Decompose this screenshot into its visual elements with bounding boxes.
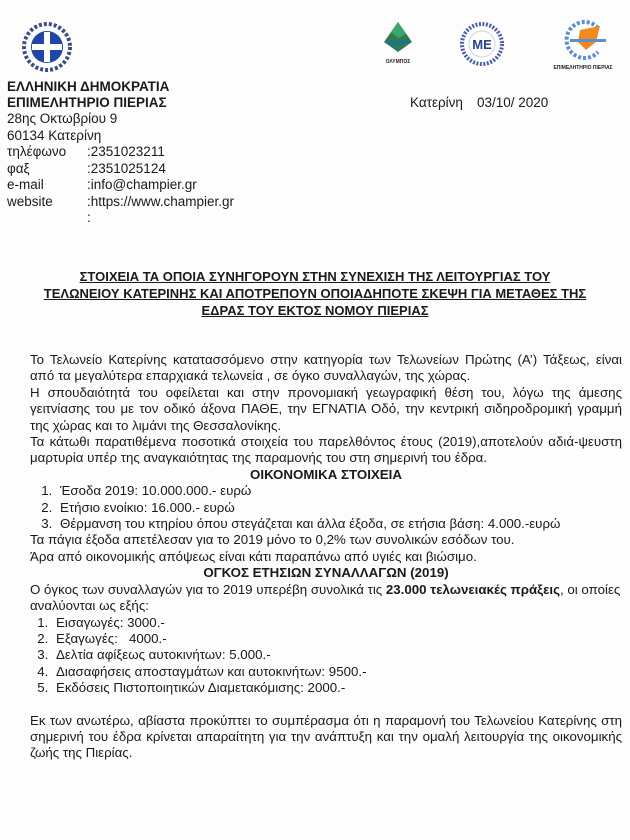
financial-note-1: Τα πάγια έξοδα απετέλεσαν για το 2019 μό…: [30, 532, 622, 548]
paragraph-stats-intro: Τα κάτωθι παρατιθέμενα ποσοτικά στοιχεία…: [30, 434, 622, 467]
list-item: Έσοδα 2019: 10.000.000.- ευρώ: [56, 483, 622, 499]
list-item: Ετήσιο ενοίκιο: 16.000.- ευρώ: [56, 500, 622, 516]
paragraph-location: Η σπουδαιότητά του οφείλεται και στην πρ…: [30, 385, 622, 434]
document-body: Το Τελωνείο Κατερίνης κατατασσόμενο στην…: [30, 352, 622, 762]
email-link[interactable]: :info@champier.gr: [87, 177, 197, 194]
contact-phone: τηλέφωνο :2351023211: [7, 144, 234, 161]
list-item: Δελτία αφίξεως αυτοκινήτων: 5.000.-: [52, 647, 622, 663]
list-item: Εισαγωγές: 3000.-: [52, 615, 622, 631]
financial-list: Έσοδα 2019: 10.000.000.- ευρώ Ετήσιο ενο…: [30, 483, 622, 532]
list-item: Διασαφήσεις αποσταγμάτων και αυτοκινήτων…: [52, 664, 622, 680]
address-line-1: 28ης Οκτωβρίου 9: [7, 111, 234, 128]
document-date: Κατερίνη03/10/ 2020: [410, 95, 548, 110]
svg-text:ME: ME: [472, 37, 492, 52]
contact-fax: φαξ :2351025124: [7, 161, 234, 178]
list-item: Εκδόσεις Πιστοποιητικών Διαμετακόμισης: …: [52, 680, 622, 696]
title-line-1: ΣΤΟΙΧΕΙΑ ΤΑ ΟΠΟΙΑ ΣΥΝΗΓΟΡΟΥΝ ΣΤΗΝ ΣΥΝΕΧΙ…: [0, 268, 630, 285]
title-line-2: ΤΕΛΩΝΕΙΟΥ ΚΑΤΕΡΙΝΗΣ ΚΑΙ ΑΠΟΤΡΕΠΟΥΝ ΟΠΟΙΑ…: [0, 285, 630, 302]
contact-block: 28ης Οκτωβρίου 9 60134 Κατερίνη τηλέφωνο…: [7, 111, 234, 227]
title-line-3: ΕΔΡΑΣ ΤΟΥ ΕΚΤΟΣ ΝΟΜΟΥ ΠΙΕΡΙΑΣ: [0, 302, 630, 319]
website-link[interactable]: :https://www.champier.gr: [87, 194, 234, 211]
org-line-1: ΕΛΛΗΝΙΚΗ ΔΗΜΟΚΡΑΤΙΑ: [7, 79, 169, 95]
document-title: ΣΤΟΙΧΕΙΑ ΤΑ ΟΠΟΙΑ ΣΥΝΗΓΟΡΟΥΝ ΣΤΗΝ ΣΥΝΕΧΙ…: [0, 268, 630, 319]
paragraph-conclusion: Εκ των ανωτέρω, αβίαστα προκύπτει το συμ…: [30, 713, 622, 762]
date-place: Κατερίνη: [410, 95, 463, 110]
paragraph-intro: Το Τελωνείο Κατερίνης κατατασσόμενο στην…: [30, 352, 622, 385]
list-item: Θέρμανση του κτηρίου όπου στεγάζεται και…: [56, 516, 622, 532]
list-item: Εξαγωγές: 4000.-: [52, 631, 622, 647]
olympos-logo-icon: ΟΛΥΜΠΟΣ: [376, 20, 420, 66]
contact-empty: :: [7, 210, 234, 227]
org-line-2: ΕΠΙΜΕΛΗΤΗΡΙΟ ΠΙΕΡΙΑΣ: [7, 95, 169, 111]
volume-heading: ΟΓΚΟΣ ΕΤΗΣΙΩΝ ΣΥΝΑΛΛΑΓΩΝ (2019): [30, 565, 622, 581]
contact-email: e-mail :info@champier.gr: [7, 177, 234, 194]
volume-list: Εισαγωγές: 3000.- Εξαγωγές: 4000.- Δελτί…: [30, 615, 622, 697]
financial-heading: ΟΙΚΟΝΟΜΙΚΑ ΣΤΟΙΧΕΙΑ: [30, 467, 622, 483]
volume-total: 23.000 τελωνειακές πράξεις: [386, 582, 560, 597]
contact-website: website :https://www.champier.gr: [7, 194, 234, 211]
financial-note-2: Άρα από οικονομικής απόψεως είναι κάτι π…: [30, 549, 622, 565]
date-value: 03/10/ 2020: [477, 95, 548, 110]
volume-intro: Ο όγκος των συναλλαγών για το 2019 υπερέ…: [30, 582, 622, 615]
organization-name: ΕΛΛΗΝΙΚΗ ΔΗΜΟΚΡΑΤΙΑ ΕΠΙΜΕΛΗΤΗΡΙΟ ΠΙΕΡΙΑΣ: [7, 79, 169, 111]
chamber-pieria-logo-icon: ΕΠΙΜΕΛΗΤΗΡΙΟ ΠΙΕΡΙΑΣ: [550, 20, 616, 68]
address-line-2: 60134 Κατερίνη: [7, 128, 234, 145]
greek-emblem-icon: [22, 22, 72, 72]
me-logo-icon: ME: [458, 20, 506, 68]
